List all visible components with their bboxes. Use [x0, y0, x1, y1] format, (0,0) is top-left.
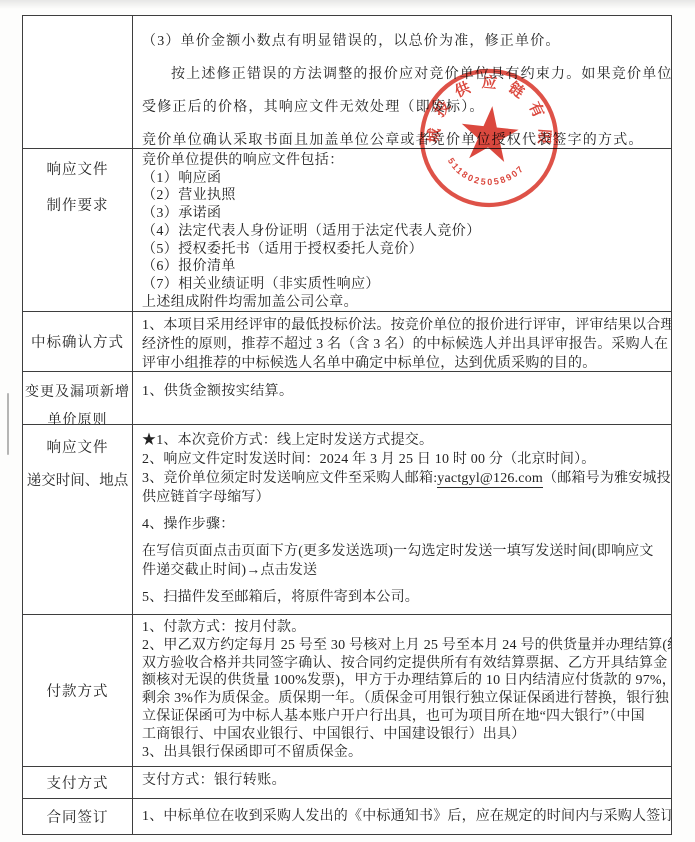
row-content-cell: 竞价单位提供的响应文件包括： （1）响应函 （2）营业执照 （3）承诺函 （4）…	[133, 149, 671, 311]
bidding-conditions-table: （3）单价金额小数点有明显错误的，以总价为准，修正单价。 按上述修正错误的方法调…	[22, 15, 672, 835]
email-line-suffix: （邮箱号为雅安城投	[543, 471, 671, 486]
paragraph-line: 上述组成附件均需加盖公司公章。	[142, 294, 663, 311]
row-label-cell: 响应文件 递交时间、地点	[23, 425, 133, 614]
list-item: （3）承诺函	[142, 205, 663, 223]
paragraph-line: （3）单价金额小数点有明显错误的，以总价为准，修正单价。	[142, 25, 663, 58]
row-label-line: 付款方式	[47, 680, 109, 701]
table-row-award-confirmation: 中标确认方式 1、本项目采用经评审的最低投标价法。按竞价单位的报价进行评审，评审…	[23, 312, 671, 372]
paragraph-line: ★1、本次竞价方式：线上定时发送方式提交。	[142, 431, 663, 450]
row-label-line: 中标确认方式	[31, 331, 124, 352]
seal-number: 5118025058907	[444, 155, 527, 191]
list-item: （2）营业执照	[142, 187, 663, 205]
paragraph-line: 5、扫描件发至邮箱后，将原件寄到本公司。	[142, 588, 663, 607]
row-label-line: 响应文件	[47, 158, 109, 179]
row-label-line: 变更及漏项新增	[25, 381, 130, 401]
row-label-line: 单价原则	[48, 409, 108, 424]
seal-star-icon	[458, 103, 520, 163]
paragraph-line: 受修正后的价格，其响应文件无效处理（即废标）。	[142, 91, 663, 124]
row-label-line: 响应文件	[47, 436, 109, 457]
row-label-line: 递交时间、地点	[27, 469, 129, 490]
list-item: （4）法定代表人身份证明（适用于法定代表人竞价）	[142, 223, 663, 241]
table-row-price-correction: （3）单价金额小数点有明显错误的，以总价为准，修正单价。 按上述修正错误的方法调…	[23, 16, 671, 149]
paragraph-line: 供应链首字母缩写）	[142, 488, 663, 507]
paragraph-line: 1、付款方式：按月付款。	[142, 619, 663, 637]
paragraph-line: 1、供货金额按实结算。	[142, 383, 663, 400]
paragraph-line: 在写信页面点击页面下方(更多发送选项)一勾选定时发送一填写发送时间(即响应文	[142, 542, 663, 561]
paragraph-line: 额核对无误的供货量 100%发票)，甲方于办理结算后的 10 日内结清应付货款的…	[142, 672, 663, 690]
company-seal-stamp: 雅安城投供应链有限公司 5118025058907	[410, 59, 568, 217]
paragraph-line: 2、响应文件定时发送时间：2024 年 3 月 25 日 10 时 00 分（北…	[142, 450, 663, 469]
list-item: （6）报价清单	[142, 258, 663, 276]
paragraph-line: 3、竞价单位须定时发送响应文件至采购人邮箱:yactgyl@126.com（邮箱…	[142, 469, 663, 488]
row-content-cell: 支付方式：银行转账。	[133, 767, 671, 798]
row-label-cell: 合同签订	[23, 799, 133, 834]
paragraph-line: 竞价单位确认采取书面且加盖单位公章或者竞价单位授权代表签字的方式。	[142, 124, 663, 148]
row-content-cell: （3）单价金额小数点有明显错误的，以总价为准，修正单价。 按上述修正错误的方法调…	[133, 16, 671, 148]
row-label-line: 合同签订	[47, 806, 109, 827]
row-label-cell-empty	[23, 16, 133, 148]
row-content-cell: 1、付款方式：按月付款。 2、甲乙双方约定每月 25 号至 30 号核对上月 2…	[133, 615, 671, 766]
paragraph-line: 4、操作步骤：	[142, 515, 663, 534]
paragraph-line: 经济性的原则，推荐不超过 3 名（含 3 名）的中标候选人并出具评审报告。采购人…	[142, 335, 663, 354]
row-label-line: 制作要求	[47, 194, 109, 215]
row-label-cell: 支付方式	[23, 767, 133, 798]
list-item: （5）授权委托书（适用于授权委托人竞价）	[142, 241, 663, 259]
list-item: （7）相关业绩证明（非实质性响应）	[142, 276, 663, 294]
row-content-cell: 1、中标单位在收到采购人发出的《中标通知书》后，应在规定的时间内与采购人签订	[133, 799, 671, 834]
row-label-line: 支付方式	[47, 772, 109, 793]
paragraph-line: 双方验收合格并共同签字确认、按合同约定提供所有有效结算票据、乙方开具结算金	[142, 655, 663, 673]
row-content-cell: 1、本项目采用经评审的最低投标价法。按竞价单位的报价进行评审，评审结果以合理 经…	[133, 312, 671, 371]
buyer-email-address: yactgyl@126.com	[437, 471, 543, 488]
row-label-cell: 付款方式	[23, 615, 133, 766]
paragraph-line: 竞价单位提供的响应文件包括：	[142, 152, 663, 170]
scan-artifact	[7, 393, 9, 455]
paragraph-line: 工商银行、中国农业银行、中国银行、中国建设银行）出具）	[142, 726, 663, 744]
table-row-payment-terms: 付款方式 1、付款方式：按月付款。 2、甲乙双方约定每月 25 号至 30 号核…	[23, 615, 671, 767]
row-label-cell: 响应文件 制作要求	[23, 149, 133, 311]
paragraph-line: 立保证保函可为中标人基本账户开户行出具，也可为项目所在地“四大银行”（中国	[142, 708, 663, 726]
table-row-submission-time-place: 响应文件 递交时间、地点 ★1、本次竞价方式：线上定时发送方式提交。 2、响应文…	[23, 425, 671, 615]
paragraph-line: 2、甲乙双方约定每月 25 号至 30 号核对上月 25 号至本月 24 号的供…	[142, 637, 663, 655]
paragraph-line: 评审小组推荐的中标候选人名单中确定中标单位，达到优质采购的目的。	[142, 354, 663, 371]
table-row-response-doc-requirements: 响应文件 制作要求 竞价单位提供的响应文件包括： （1）响应函 （2）营业执照 …	[23, 149, 671, 312]
scan-edge-shadow	[0, 0, 695, 9]
email-line-prefix: 3、竞价单位须定时发送响应文件至采购人邮箱:	[142, 471, 437, 486]
paragraph-line: 1、中标单位在收到采购人发出的《中标通知书》后，应在规定的时间内与采购人签订	[142, 808, 663, 825]
paragraph-line: 1、本项目采用经评审的最低投标价法。按竞价单位的报价进行评审，评审结果以合理	[142, 316, 663, 335]
paragraph-line: 按上述修正错误的方法调整的报价应对竞价单位具有约束力。如果竞价单位不接	[142, 58, 663, 91]
table-row-payment-method: 支付方式 支付方式：银行转账。	[23, 767, 671, 799]
paragraph-line: 支付方式：银行转账。	[142, 772, 663, 790]
paragraph-line: 件递交截止时间)→点击发送	[142, 561, 663, 580]
paragraph-line: 3、出具银行保函即可不留质保金。	[142, 744, 663, 762]
paragraph-line: 剩余 3%作为质保金。质保期一年。（质保金可用银行独立保证保函进行替换，银行独	[142, 690, 663, 708]
table-row-unit-price-principle: 变更及漏项新增 单价原则 1、供货金额按实结算。	[23, 372, 671, 425]
row-content-cell: ★1、本次竞价方式：线上定时发送方式提交。 2、响应文件定时发送时间：2024 …	[133, 425, 671, 614]
row-label-cell: 变更及漏项新增 单价原则	[23, 372, 133, 424]
list-item: （1）响应函	[142, 170, 663, 188]
row-content-cell: 1、供货金额按实结算。	[133, 372, 671, 424]
row-label-cell: 中标确认方式	[23, 312, 133, 371]
table-row-contract-signing: 合同签订 1、中标单位在收到采购人发出的《中标通知书》后，应在规定的时间内与采购…	[23, 799, 671, 834]
